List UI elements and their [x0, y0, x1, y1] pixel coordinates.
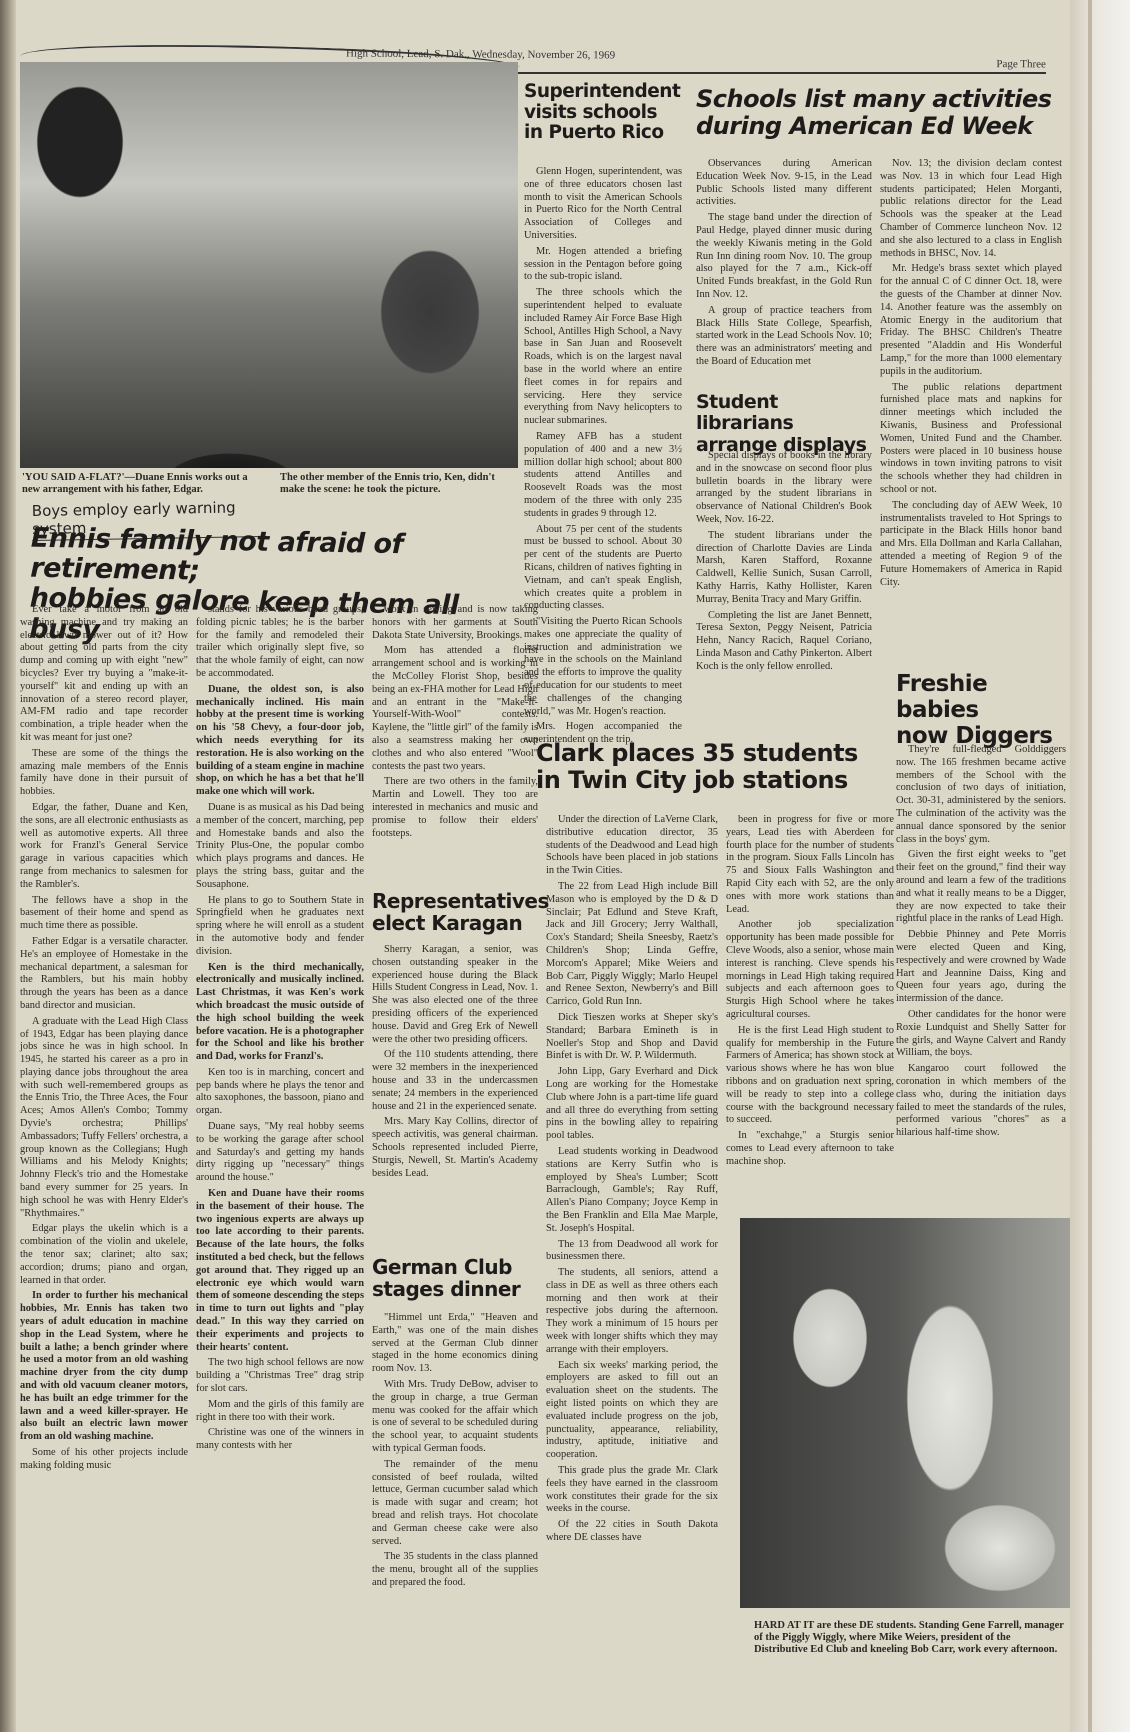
representatives-headline: Representatives elect Karagan [372, 890, 542, 935]
book-binding [0, 0, 16, 1732]
clark-headline: Clark places 35 students in Twin City jo… [536, 740, 896, 794]
paragraph: Duane, the oldest son, is also mechanica… [196, 684, 364, 799]
paragraph: Ever take a motor from an old washing ma… [20, 604, 188, 745]
paragraph: The concluding day of AEW Week, 10 instr… [880, 500, 1062, 590]
paragraph: These are some of the things the amazing… [20, 748, 188, 799]
paragraph: Ramey AFB has a student population of 40… [524, 431, 682, 521]
paragraph: This grade plus the grade Mr. Clark feel… [546, 1465, 718, 1516]
paragraph: He plans to go to Southern State in Spri… [196, 895, 364, 959]
clark-headline-line-2: in Twin City job stations [536, 767, 896, 794]
paragraph: The two high school fellows are now buil… [196, 1357, 364, 1395]
paragraph: Kangaroo court followed the coronation i… [896, 1063, 1066, 1140]
paragraph: Mr. Hedge's brass sextet which played fo… [880, 263, 1062, 378]
paragraph: The public relations department furnishe… [880, 382, 1062, 497]
german-club-headline-line-1: German Club [372, 1256, 542, 1278]
ed-week-headline-line-2: during American Ed Week [696, 113, 1066, 140]
paragraph: Of the 22 cities in South Dakota where D… [546, 1519, 718, 1545]
paragraph: Mom has attended a florist arrangement s… [372, 645, 538, 773]
german-club-headline-line-2: stages dinner [372, 1278, 542, 1300]
paragraph: The 13 from Deadwood all work for busine… [546, 1239, 718, 1265]
paragraph: Glenn Hogen, superintendent, was one of … [524, 166, 682, 243]
paragraph: Debbie Phinney and Pete Morris were elec… [896, 929, 1066, 1006]
paragraph: Mr. Hogen attended a briefing session in… [524, 246, 682, 284]
paragraph: The student librarians under the directi… [696, 530, 872, 607]
paragraph: Some of his other projects include makin… [20, 1447, 188, 1473]
paragraph: Of the 110 students attending, there wer… [372, 1049, 538, 1113]
paragraph: John Lipp, Gary Everhard and Dick Long a… [546, 1066, 718, 1143]
paragraph: They're full-fledged Golddiggers now. Th… [896, 744, 1066, 846]
representatives-headline-line-2: elect Karagan [372, 912, 542, 934]
representatives-headline-line-1: Representatives [372, 890, 542, 912]
paragraph: Completing the list are Janet Bennett, T… [696, 610, 872, 674]
representatives-body: Sherry Karagan, a senior, was chosen out… [372, 944, 538, 1183]
paragraph: stands for his various band groups; fold… [196, 604, 364, 681]
paragraph: Ken too is in marching, concert and pep … [196, 1067, 364, 1118]
paragraph: Lead students working in Deadwood statio… [546, 1146, 718, 1236]
paragraph: He is the first Lead High student to qua… [726, 1025, 894, 1127]
paragraph: Edgar, the father, Duane and Ken, the so… [20, 802, 188, 892]
ennis-headline-line-1: Ennis family not afraid of retirement; [30, 524, 531, 593]
paragraph: The 22 from Lead High include Bill Mason… [546, 881, 718, 1009]
ennis-photo-caption-left: 'YOU SAID A-FLAT?'—Duane Ennis works out… [22, 472, 262, 496]
paragraph: Ken is the third mechanically, electroni… [196, 962, 364, 1064]
header-rule [506, 72, 1046, 74]
paragraph: The stage band under the direction of Pa… [696, 212, 872, 302]
paragraph: With Mrs. Trudy DeBow, adviser to the gr… [372, 1379, 538, 1456]
paragraph: "Himmel unt Erda," "Heaven and Earth," w… [372, 1312, 538, 1376]
ennis-family-photo [20, 62, 518, 468]
paragraph: Another job specialization opportunity h… [726, 919, 894, 1021]
librarians-headline: Student librarians arrange displays [696, 392, 876, 456]
de-photo-caption: HARD AT IT are these DE students. Standi… [754, 1620, 1064, 1656]
paragraph: The 35 students in the class planned the… [372, 1551, 538, 1589]
ed-week-headline: Schools list many activities during Amer… [696, 86, 1066, 140]
paragraph: Duane is as musical as his Dad being a m… [196, 802, 364, 892]
clark-column-2: been in progress for five or more years,… [726, 814, 894, 1172]
paragraph: Father Edgar is a versatile character. H… [20, 936, 188, 1013]
german-club-headline: German Club stages dinner [372, 1256, 542, 1301]
librarians-body: Special displays of books in the library… [696, 450, 872, 677]
clark-headline-line-1: Clark places 35 students [536, 740, 896, 767]
paragraph: Sherry Karagan, a senior, was chosen out… [372, 944, 538, 1046]
freshie-body: They're full-fledged Golddiggers now. Th… [896, 744, 1066, 1143]
paragraph: There are two others in the family, Mart… [372, 776, 538, 840]
paragraph: In order to further his mechanical hobbi… [20, 1290, 188, 1444]
freshie-headline: Freshie babies now Diggers [896, 672, 1066, 749]
ennis-column-3: work in sewing and is now taking honors … [372, 604, 538, 843]
newspaper-page: High School, Lead, S. Dak., Wednesday, N… [16, 0, 1070, 1732]
paragraph: In "exchahge," a Sturgis senior comes to… [726, 1130, 894, 1168]
paragraph: A group of practice teachers from Black … [696, 305, 872, 369]
ed-week-column-2: Nov. 13; the division declam contest was… [880, 158, 1062, 592]
paragraph: Each six weeks' marking period, the empl… [546, 1360, 718, 1462]
paragraph: Mrs. Mary Kay Collins, director of speec… [372, 1116, 538, 1180]
paragraph: Special displays of books in the library… [696, 450, 872, 527]
paragraph: Given the first eight weeks to "get thei… [896, 849, 1066, 926]
masthead-dateline: High School, Lead, S. Dak., Wednesday, N… [346, 48, 615, 62]
freshie-headline-line-1: Freshie babies [896, 672, 1066, 724]
paragraph: Mom and the girls of this family are rig… [196, 1399, 364, 1425]
clark-column-1: Under the direction of LaVerne Clark, di… [546, 814, 718, 1548]
paragraph: work in sewing and is now taking honors … [372, 604, 538, 642]
german-club-body: "Himmel unt Erda," "Heaven and Earth," w… [372, 1312, 538, 1593]
page-edge [1070, 0, 1130, 1732]
superintendent-headline-line-3: in Puerto Rico [524, 123, 684, 144]
paragraph: About 75 per cent of the students must b… [524, 524, 682, 614]
paragraph: Duane says, "My real hobby seems to be w… [196, 1121, 364, 1185]
ennis-photo-caption-right: The other member of the Ennis trio, Ken,… [280, 472, 516, 496]
paragraph: Observances during American Education We… [696, 158, 872, 209]
de-students-photo [740, 1218, 1125, 1608]
paragraph: The remainder of the menu consisted of b… [372, 1459, 538, 1549]
paragraph: Ken and Duane have their rooms in the ba… [196, 1188, 364, 1354]
paragraph: been in progress for five or more years,… [726, 814, 894, 916]
paragraph: "Visiting the Puerto Rican Schools makes… [524, 616, 682, 718]
paragraph: Edgar plays the ukelin which is a combin… [20, 1223, 188, 1287]
ed-week-headline-line-1: Schools list many activities [696, 86, 1066, 113]
superintendent-body: Glenn Hogen, superintendent, was one of … [524, 166, 682, 750]
page-number: Page Three [996, 58, 1046, 70]
paragraph: Under the direction of LaVerne Clark, di… [546, 814, 718, 878]
paragraph: Other candidates for the honor were Roxi… [896, 1009, 1066, 1060]
superintendent-headline: Superintendent visits schools in Puerto … [524, 82, 684, 144]
paragraph: The three schools which the superintende… [524, 287, 682, 428]
paragraph: Nov. 13; the division declam contest was… [880, 158, 1062, 260]
superintendent-headline-line-1: Superintendent [524, 82, 684, 103]
paragraph: The fellows have a shop in the basement … [20, 895, 188, 933]
paragraph: Christine was one of the winners in many… [196, 1427, 364, 1453]
ennis-column-1: Ever take a motor from an old washing ma… [20, 604, 188, 1476]
ed-week-column-1: Observances during American Education We… [696, 158, 872, 372]
paragraph: Dick Tieszen works at Sheper sky's Stand… [546, 1012, 718, 1063]
paragraph: A graduate with the Lead High Class of 1… [20, 1016, 188, 1221]
superintendent-headline-line-2: visits schools [524, 103, 684, 124]
librarians-headline-line-1: Student librarians [696, 392, 876, 435]
paragraph: The students, all seniors, attend a clas… [546, 1267, 718, 1357]
ennis-column-2: stands for his various band groups; fold… [196, 604, 364, 1456]
